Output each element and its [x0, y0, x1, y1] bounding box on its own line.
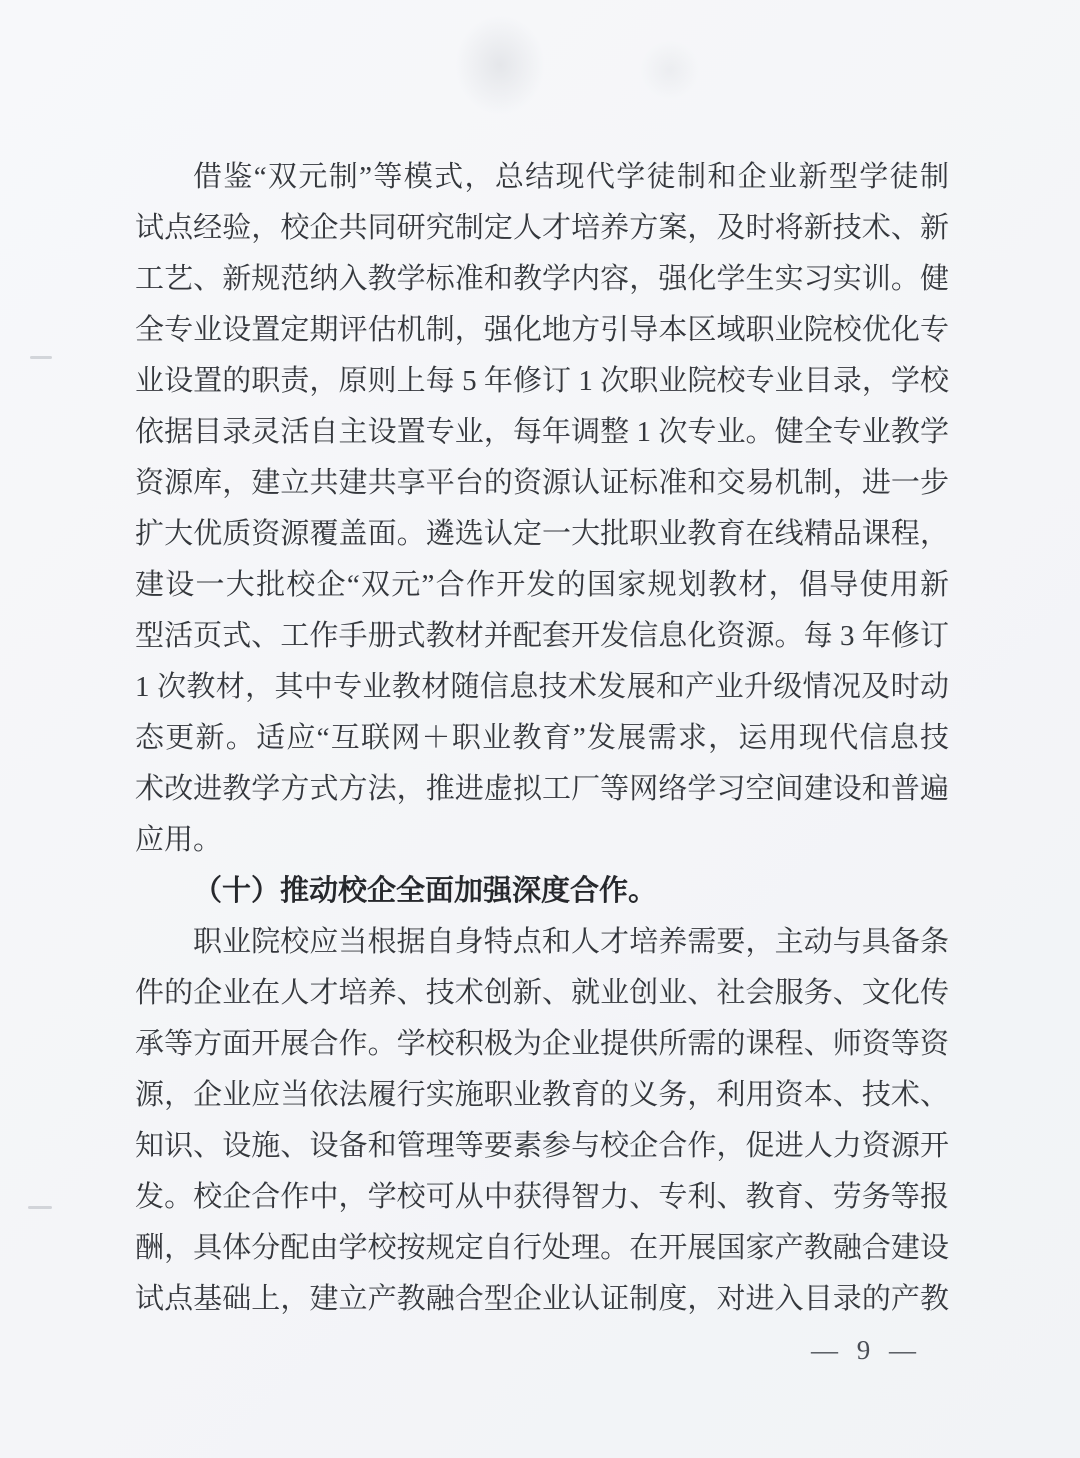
text-line: 业设置的职责，原则上每 5 年修订 1 次职业院校专业目录，学校	[135, 356, 949, 407]
text-line: 工艺、新规范纳入教学标准和教学内容，强化学生实习实训。健	[135, 254, 949, 305]
scan-artifact	[640, 40, 700, 100]
text-line: 建设一大批校企“双元”合作开发的国家规划教材，倡导使用新	[135, 560, 949, 611]
page-number: — 9 —	[811, 1330, 922, 1370]
text-line: 型活页式、工作手册式教材并配套开发信息化资源。每 3 年修订	[135, 611, 949, 662]
text-line: 件的企业在人才培养、技术创新、就业创业、社会服务、文化传	[135, 968, 949, 1019]
text-line: 扩大优质资源覆盖面。遴选认定一大批职业教育在线精品课程，	[135, 509, 949, 560]
text-line: 全专业设置定期评估机制，强化地方引导本区域职业院校优化专	[135, 305, 949, 356]
text-line: 1 次教材，其中专业教材随信息技术发展和产业升级情况及时动	[135, 662, 949, 713]
scan-artifact	[30, 356, 52, 359]
text-line: 知识、设施、设备和管理等要素参与校企合作，促进人力资源开	[135, 1121, 949, 1172]
text-line: 职业院校应当根据自身特点和人才培养需要，主动与具备条	[135, 917, 949, 968]
document-page: 借鉴“双元制”等模式，总结现代学徒制和企业新型学徒制 试点经验，校企共同研究制定…	[0, 0, 1080, 1458]
text-line: 借鉴“双元制”等模式，总结现代学徒制和企业新型学徒制	[135, 152, 949, 203]
text-line: 试点基础上，建立产教融合型企业认证制度，对进入目录的产教	[135, 1274, 949, 1325]
text-line: 试点经验，校企共同研究制定人才培养方案，及时将新技术、新	[135, 203, 949, 254]
text-line: 承等方面开展合作。学校积极为企业提供所需的课程、师资等资	[135, 1019, 949, 1070]
text-line: 术改进教学方式方法，推进虚拟工厂等网络学习空间建设和普遍	[135, 764, 949, 815]
scan-artifact	[28, 1206, 52, 1209]
text-line: 态更新。适应“互联网＋职业教育”发展需求，运用现代信息技	[135, 713, 949, 764]
text-line: 源，企业应当依法履行实施职业教育的义务，利用资本、技术、	[135, 1070, 949, 1121]
section-heading: （十）推动校企全面加强深度合作。	[135, 866, 949, 917]
text-line: 酬，具体分配由学校按规定自行处理。在开展国家产教融合建设	[135, 1223, 949, 1274]
text-line: 依据目录灵活自主设置专业，每年调整 1 次专业。健全专业教学	[135, 407, 949, 458]
document-body: 借鉴“双元制”等模式，总结现代学徒制和企业新型学徒制 试点经验，校企共同研究制定…	[135, 152, 949, 1325]
text-line: 应用。	[135, 815, 949, 866]
text-line: 发。校企合作中，学校可从中获得智力、专利、教育、劳务等报	[135, 1172, 949, 1223]
scan-artifact	[455, 15, 545, 115]
text-line: 资源库，建立共建共享平台的资源认证标准和交易机制，进一步	[135, 458, 949, 509]
